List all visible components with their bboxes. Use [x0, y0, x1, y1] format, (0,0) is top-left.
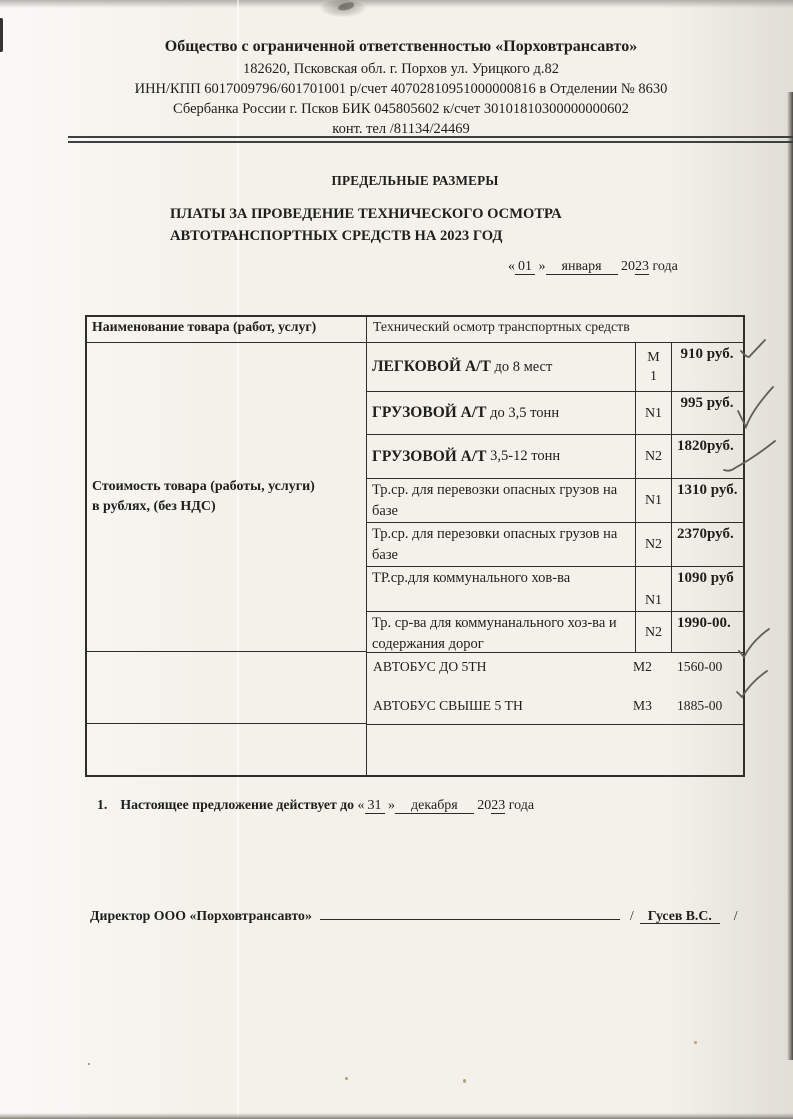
paper-speck	[463, 1079, 466, 1083]
cost-label-line2: в рублях, (без НДС)	[92, 497, 366, 517]
row-price: 1310 руб.	[672, 479, 743, 522]
service-rows-column: ЛЕГКОВОЙ А/Т до 8 мест М 1 910 руб. ГРУЗ…	[367, 343, 743, 775]
signature-blank	[320, 919, 620, 920]
signature-line: Директор ООО «Порховтрансавто»/Гусев В.С…	[90, 908, 738, 924]
date-year: 23	[635, 259, 649, 275]
table-row: Тр.ср. для перезовки опасных грузов на б…	[367, 523, 743, 567]
bus-rows-cell: АВТОБУС ДО 5ТН М2 1560-00 АВТОБУС СВЫШЕ …	[367, 653, 743, 725]
row-vehicle-class: N1	[635, 567, 672, 611]
table-row: ЛЕГКОВОЙ А/Т до 8 мест М 1 910 руб.	[367, 343, 743, 392]
row-price: 1990-00.	[672, 612, 743, 652]
doc-subheading-line2: АВТОТРАНСПОРТНЫХ СРЕДСТВ НА 2023 ГОД	[170, 225, 730, 247]
terms-word: года	[509, 798, 534, 813]
org-address: 182620, Псковская обл. г. Порхов ул. Ури…	[56, 59, 746, 79]
table-row: Тр.ср. для перевозки опасных грузов на б…	[367, 479, 743, 523]
date-century: 20	[621, 259, 635, 274]
row-price: 2370руб.	[672, 523, 743, 566]
col-service-header: Технический осмотр транспортных средств	[367, 317, 743, 342]
paper-speck	[88, 1063, 90, 1065]
signature-slash: /	[620, 908, 640, 923]
doc-subheading: ПЛАТЫ ЗА ПРОВЕДЕНИЕ ТЕХНИЧЕСКОГО ОСМОТРА…	[170, 203, 730, 247]
date-day: 01	[515, 259, 535, 275]
table-row: АВТОБУС ДО 5ТН М2 1560-00	[367, 658, 743, 676]
date-quote-open: «	[508, 259, 515, 274]
date-quote-close: »	[539, 259, 546, 274]
row-vehicle-class: N2	[635, 435, 672, 478]
row-vehicle-class: N2	[635, 523, 672, 566]
terms-text: Настоящее предложение действует до	[120, 797, 354, 812]
table-row: ГРУЗОВОЙ А/Т до 3,5 тонн N1 995 руб.	[367, 392, 743, 435]
row-desc: Тр.ср. для перевозки опасных грузов на б…	[367, 479, 635, 522]
cost-label-column: Стоимость товара (работы, услуги) в рубл…	[87, 343, 367, 775]
row-price: 1090 руб	[672, 567, 743, 611]
pen-checkmark	[733, 668, 770, 701]
table-row: АВТОБУС СВЫШЕ 5 ТН М3 1885-00	[367, 697, 743, 715]
director-name: Гусев В.С.	[640, 908, 720, 924]
letterhead: Общество с ограниченной ответственностью…	[56, 36, 746, 139]
paper-speck	[694, 1041, 697, 1044]
empty-cell	[367, 725, 743, 775]
row-desc: ГРУЗОВОЙ А/Т до 3,5 тонн	[367, 392, 635, 434]
row-vehicle-class: N1	[635, 392, 672, 434]
table-row: Тр. ср-ва для коммунанального хоз-ва и с…	[367, 612, 743, 653]
pen-checkmark	[738, 336, 768, 363]
row-vehicle-class: М2	[633, 658, 677, 676]
signature-slash: /	[720, 908, 738, 923]
row-desc: ЛЕГКОВОЙ А/Т до 8 мест	[367, 343, 635, 391]
terms-century: 20	[477, 798, 491, 813]
scan-edge-shadow	[787, 92, 793, 1060]
paper-speck	[345, 1077, 348, 1080]
empty-cell	[87, 652, 366, 724]
terms-quote-close: »	[388, 798, 395, 813]
terms-day: 31	[365, 798, 385, 814]
terms-number: 1.	[97, 797, 107, 812]
row-desc: АВТОБУС ДО 5ТН	[367, 658, 633, 676]
scan-edge-mark	[0, 18, 3, 52]
row-desc: ГРУЗОВОЙ А/Т 3,5-12 тонн	[367, 435, 635, 478]
cost-label-cell: Стоимость товара (работы, услуги) в рубл…	[87, 343, 366, 652]
date-month: января	[546, 259, 618, 275]
pen-checkmark	[721, 437, 778, 474]
scanned-document-page: Общество с ограниченной ответственностью…	[0, 0, 793, 1119]
price-table: Наименование товара (работ, услуг) Техни…	[85, 315, 745, 777]
terms-month: декабря	[395, 798, 474, 814]
doc-heading: ПРЕДЕЛЬНЫЕ РАЗМЕРЫ	[85, 173, 745, 189]
director-label: Директор ООО «Порховтрансавто»	[90, 908, 312, 923]
doc-date: «01 »января 2023 года	[508, 259, 678, 275]
org-name: Общество с ограниченной ответственностью…	[56, 36, 746, 58]
row-vehicle-class: М 1	[635, 343, 672, 391]
table-row: ТР.ср.для коммунального хов-ва N1 1090 р…	[367, 567, 743, 612]
date-word: года	[653, 259, 678, 274]
divider-rule	[68, 136, 793, 143]
table-row: ГРУЗОВОЙ А/Т 3,5-12 тонн N2 1820руб.	[367, 435, 743, 479]
row-vehicle-class: М3	[633, 697, 677, 715]
terms-quote-open: «	[358, 798, 365, 813]
row-desc: АВТОБУС СВЫШЕ 5 ТН	[367, 697, 633, 715]
org-inn-line: ИНН/КПП 6017009796/601701001 р/счет 4070…	[56, 79, 746, 99]
row-desc: Тр. ср-ва для коммунанального хоз-ва и с…	[367, 612, 635, 652]
table-body: Стоимость товара (работы, услуги) в рубл…	[87, 343, 743, 775]
row-vehicle-class: N1	[635, 479, 672, 522]
terms-year: 23	[491, 798, 505, 814]
pen-checkmark	[733, 383, 777, 433]
scan-edge-shadow	[0, 1113, 793, 1119]
cost-label-line1: Стоимость товара (работы, услуги)	[92, 477, 366, 497]
doc-subheading-line1: ПЛАТЫ ЗА ПРОВЕДЕНИЕ ТЕХНИЧЕСКОГО ОСМОТРА	[170, 203, 730, 225]
terms-line: 1.Настоящее предложение действует до «31…	[97, 797, 534, 814]
pen-checkmark	[735, 626, 772, 661]
row-vehicle-class: N2	[635, 612, 672, 652]
table-header-row: Наименование товара (работ, услуг) Техни…	[87, 317, 743, 343]
row-desc: Тр.ср. для перезовки опасных грузов на б…	[367, 523, 635, 566]
col-name-header: Наименование товара (работ, услуг)	[87, 317, 367, 342]
org-bank-line: Сбербанка России г. Псков БИК 045805602 …	[56, 99, 746, 119]
row-desc: ТР.ср.для коммунального хов-ва	[367, 567, 635, 611]
empty-cell	[87, 724, 366, 775]
